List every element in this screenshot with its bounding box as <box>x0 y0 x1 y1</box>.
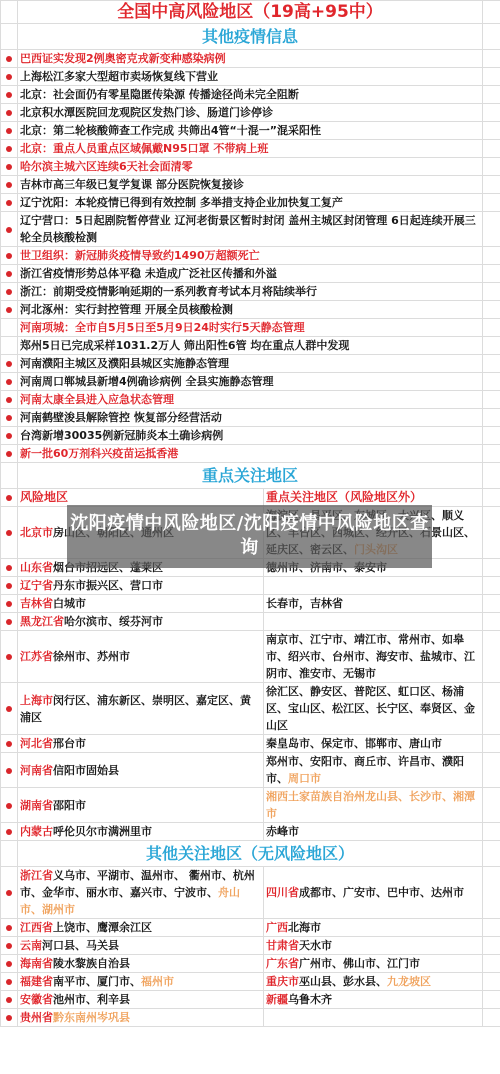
other-focus-right-cell: 新疆乌鲁木齐 <box>264 991 483 1009</box>
bullet-dot-icon <box>6 619 12 625</box>
news-text: 浙江省疫情形势总体平稳 未造成广泛社区传播和外溢 <box>18 265 483 283</box>
bullet-dot-icon <box>6 925 12 931</box>
news-text: 河南太康全县进入应急状态管理 <box>18 391 483 409</box>
bullet-cell <box>1 919 18 937</box>
other-focus-row: 云南河口县、马关县甘肃省天水市 <box>1 937 500 955</box>
empty-cell <box>483 158 500 176</box>
other-focus-right-cell <box>264 1009 483 1027</box>
section-heading-other-focus: 其他关注地区（无风险地区） <box>18 841 483 867</box>
empty-cell <box>483 735 500 753</box>
section-heading-focus-areas: 重点关注地区 <box>18 463 483 489</box>
news-row: 北京：第二轮核酸筛查工作完成 共筛出4管“十混一”混采阳性 <box>1 122 500 140</box>
bullet-dot-icon <box>6 146 12 152</box>
bullet-dot-icon <box>6 1015 12 1021</box>
news-text: 辽宁营口：5日起剧院暂停营业 辽河老街景区暂时封闭 盖州主城区封闭管理 6日起连… <box>18 212 483 247</box>
areas-highlight: 九龙坡区 <box>387 975 431 988</box>
empty-cell <box>1 319 18 337</box>
bullet-cell <box>1 735 18 753</box>
areas: 陵水黎族自治县 <box>53 957 130 970</box>
empty-cell <box>483 841 500 867</box>
empty-cell <box>483 68 500 86</box>
focus-areas: 赤峰市 <box>266 825 299 838</box>
empty-cell <box>483 140 500 158</box>
province-label: 江苏省 <box>20 650 53 663</box>
news-text: 河南项城：全市自5月5日至5月9日24时实行5天静态管理 <box>18 319 483 337</box>
risk-cell: 河南省信阳市固始县 <box>18 753 264 788</box>
news-text: 河南周口郸城县新增4例确诊病例 全县实施静态管理 <box>18 373 483 391</box>
bullet-dot-icon <box>6 706 12 712</box>
bullet-cell <box>1 247 18 265</box>
bullet-cell <box>1 265 18 283</box>
bullet-dot-icon <box>6 583 12 589</box>
news-row: 北京：社会面仍有零星隐匿传染源 传播途径尚未完全阻断 <box>1 86 500 104</box>
empty-cell <box>483 24 500 50</box>
column-header-risk: 风险地区 <box>18 489 264 507</box>
province-label: 河南省 <box>20 764 53 777</box>
focus-row: 上海市闵行区、浦东新区、崇明区、嘉定区、黄浦区徐汇区、静安区、普陀区、虹口区、杨… <box>1 683 500 735</box>
empty-cell <box>483 104 500 122</box>
news-row: 河南太康全县进入应急状态管理 <box>1 391 500 409</box>
news-row: 浙江：前期受疫情影响延期的一系列教育考试本月将陆续举行 <box>1 283 500 301</box>
bullet-cell <box>1 158 18 176</box>
empty-cell <box>483 955 500 973</box>
bullet-dot-icon <box>6 92 12 98</box>
empty-cell <box>483 283 500 301</box>
focus-row: 黑龙江省哈尔滨市、绥芬河市 <box>1 613 500 631</box>
province-label: 安徽省 <box>20 993 53 1006</box>
bullet-dot-icon <box>6 890 12 896</box>
bullet-dot-icon <box>6 253 12 259</box>
bullet-dot-icon <box>6 379 12 385</box>
bullet-dot-icon <box>6 565 12 571</box>
news-row: 北京积水潭医院回龙观院区发热门诊、肠道门诊停诊 <box>1 104 500 122</box>
empty-cell <box>483 337 500 355</box>
focus-cell <box>264 613 483 631</box>
bullet-cell <box>1 283 18 301</box>
focus-row: 河南省信阳市固始县郑州市、安阳市、商丘市、许昌市、濮阳市、周口市 <box>1 753 500 788</box>
news-row: 世卫组织：新冠肺炎疫情导致约1490万超额死亡 <box>1 247 500 265</box>
empty-cell <box>483 176 500 194</box>
province-label: 上海市 <box>20 694 53 707</box>
bullet-cell <box>1 194 18 212</box>
empty-cell <box>483 409 500 427</box>
province-label: 海南省 <box>20 957 53 970</box>
bullet-dot-icon <box>6 495 12 501</box>
bullet-cell <box>1 683 18 735</box>
province-label: 北京市 <box>20 526 53 539</box>
areas: 池州市、利辛县 <box>53 993 130 1006</box>
empty-cell <box>483 595 500 613</box>
news-text: 世卫组织：新冠肺炎疫情导致约1490万超额死亡 <box>18 247 483 265</box>
focus-row: 吉林省白城市长春市，吉林省 <box>1 595 500 613</box>
other-focus-row: 福建省南平市、厦门市、福州市重庆市巫山县、彭水县、九龙坡区 <box>1 973 500 991</box>
column-header-row: 风险地区重点关注地区（风险地区外） <box>1 489 500 507</box>
bullet-cell <box>1 823 18 841</box>
bullet-cell <box>1 788 18 823</box>
news-text: 河北涿州：实行封控管理 开展全员核酸检测 <box>18 301 483 319</box>
empty-cell <box>483 301 500 319</box>
bullet-cell <box>1 507 18 559</box>
bullet-cell <box>1 955 18 973</box>
empty-cell <box>483 1009 500 1027</box>
empty-cell <box>483 122 500 140</box>
news-row: 新一批60万剂科兴疫苗运抵香港 <box>1 445 500 463</box>
areas: 南平市、厦门市、 <box>53 975 141 988</box>
empty-cell <box>1 24 18 50</box>
province-label: 甘肃省 <box>266 939 299 952</box>
bullet-cell <box>1 86 18 104</box>
bullet-dot-icon <box>6 530 12 536</box>
risk-areas: 闵行区、浦东新区、崇明区、嘉定区、黄浦区 <box>20 694 251 724</box>
news-text: 郑州5日已完成采样1031.2万人 筛出阳性6管 均在重点人群中发现 <box>18 337 483 355</box>
news-text: 北京：重点人员重点区域佩戴N95口罩 不带病上班 <box>18 140 483 158</box>
news-row: 河南项城：全市自5月5日至5月9日24时实行5天静态管理 <box>1 319 500 337</box>
bullet-cell <box>1 68 18 86</box>
empty-cell <box>483 919 500 937</box>
province-label: 吉林省 <box>20 597 53 610</box>
other-focus-right-cell: 广西北海市 <box>264 919 483 937</box>
other-focus-row: 海南省陵水黎族自治县广东省广州市、佛山市、江门市 <box>1 955 500 973</box>
empty-cell <box>1 841 18 867</box>
bullet-dot-icon <box>6 451 12 457</box>
other-focus-right-cell: 甘肃省天水市 <box>264 937 483 955</box>
bullet-dot-icon <box>6 654 12 660</box>
empty-cell <box>483 355 500 373</box>
bullet-cell <box>1 489 18 507</box>
focus-areas: 徐汇区、静安区、普陀区、虹口区、杨浦区、宝山区、松江区、长宁区、奉贤区、金山区 <box>266 685 475 732</box>
other-focus-right-cell: 重庆市巫山县、彭水县、九龙坡区 <box>264 973 483 991</box>
risk-areas: 邢台市 <box>53 737 86 750</box>
news-row: 河北涿州：实行封控管理 开展全员核酸检测 <box>1 301 500 319</box>
risk-areas: 丹东市振兴区、营口市 <box>53 579 163 592</box>
bullet-cell <box>1 445 18 463</box>
bullet-dot-icon <box>6 415 12 421</box>
news-row: 河南濮阳主城区及濮阳县城区实施静态管理 <box>1 355 500 373</box>
column-header-focus: 重点关注地区（风险地区外） <box>264 489 483 507</box>
risk-cell: 河北省邢台市 <box>18 735 264 753</box>
province-label: 云南 <box>20 939 42 952</box>
province-label: 贵州省 <box>20 1011 53 1024</box>
other-focus-row: 贵州省黔东南州岑巩县 <box>1 1009 500 1027</box>
empty-cell <box>1 337 18 355</box>
bullet-cell <box>1 991 18 1009</box>
bullet-cell <box>1 595 18 613</box>
news-row: 巴西证实发现2例奥密克戎新变种感染病例 <box>1 50 500 68</box>
news-text: 北京：社会面仍有零星隐匿传染源 传播途径尚未完全阻断 <box>18 86 483 104</box>
focus-areas: 长春市，吉林省 <box>266 597 343 610</box>
empty-cell <box>483 577 500 595</box>
focus-areas: 秦皇岛市、保定市、邯郸市、唐山市 <box>266 737 442 750</box>
bullet-cell <box>1 140 18 158</box>
areas: 天水市 <box>299 939 332 952</box>
focus-cell: 长春市，吉林省 <box>264 595 483 613</box>
news-text: 上海松江多家大型超市卖场恢复线下营业 <box>18 68 483 86</box>
empty-cell <box>1 1 18 24</box>
bullet-cell <box>1 355 18 373</box>
bullet-dot-icon <box>6 943 12 949</box>
focus-row: 湖南省邵阳市湘西土家苗族自治州龙山县、长沙市、湘潭市 <box>1 788 500 823</box>
bullet-dot-icon <box>6 164 12 170</box>
empty-cell <box>483 489 500 507</box>
bullet-dot-icon <box>6 979 12 985</box>
empty-cell <box>483 683 500 735</box>
province-label: 山东省 <box>20 561 53 574</box>
areas: 乌鲁木齐 <box>288 993 332 1006</box>
province-label: 黑龙江省 <box>20 615 64 628</box>
news-text: 吉林市高三年级已复学复课 部分医院恢复接诊 <box>18 176 483 194</box>
bullet-cell <box>1 1009 18 1027</box>
bullet-dot-icon <box>6 768 12 774</box>
empty-cell <box>1 463 18 489</box>
focus-areas: 南京市、江宁市、靖江市、常州市、如皋市、绍兴市、台州市、海安市、盐城市、江阴市、… <box>266 633 475 680</box>
news-row: 河南鹤壁浚县解除管控 恢复部分经营活动 <box>1 409 500 427</box>
risk-areas: 白城市 <box>53 597 86 610</box>
risk-areas: 信阳市固始县 <box>53 764 119 777</box>
bullet-cell <box>1 50 18 68</box>
empty-cell <box>483 247 500 265</box>
news-row: 辽宁营口：5日起剧院暂停营业 辽河老街景区暂时封闭 盖州主城区封闭管理 6日起连… <box>1 212 500 247</box>
bullet-dot-icon <box>6 307 12 313</box>
bullet-cell <box>1 937 18 955</box>
news-row: 浙江省疫情形势总体平稳 未造成广泛社区传播和外溢 <box>1 265 500 283</box>
bullet-dot-icon <box>6 741 12 747</box>
empty-cell <box>483 991 500 1009</box>
empty-cell <box>483 86 500 104</box>
bullet-dot-icon <box>6 110 12 116</box>
bullet-dot-icon <box>6 829 12 835</box>
bullet-cell <box>1 176 18 194</box>
bullet-dot-icon <box>6 361 12 367</box>
other-focus-left-cell: 海南省陵水黎族自治县 <box>18 955 264 973</box>
focus-cell: 湘西土家苗族自治州龙山县、长沙市、湘潭市 <box>264 788 483 823</box>
bullet-dot-icon <box>6 289 12 295</box>
empty-cell <box>483 1 500 24</box>
section-heading-row: 其他关注地区（无风险地区） <box>1 841 500 867</box>
empty-cell <box>483 823 500 841</box>
risk-areas: 呼伦贝尔市满洲里市 <box>53 825 152 838</box>
news-row: 哈尔滨主城六区连续6天社会面清零 <box>1 158 500 176</box>
areas-highlight: 黔东南州岑巩县 <box>53 1011 130 1024</box>
empty-cell <box>483 973 500 991</box>
other-focus-right-cell: 四川省成都市、广安市、巴中市、达州市 <box>264 867 483 919</box>
empty-cell <box>483 463 500 489</box>
empty-cell <box>483 319 500 337</box>
other-focus-left-cell: 江西省上饶市、鹰潭余江区 <box>18 919 264 937</box>
empty-cell <box>483 631 500 683</box>
focus-areas-highlight: 湘西土家苗族自治州龙山县、长沙市、湘潭市 <box>266 790 475 820</box>
bullet-dot-icon <box>6 271 12 277</box>
risk-cell: 辽宁省丹东市振兴区、营口市 <box>18 577 264 595</box>
empty-cell <box>483 50 500 68</box>
news-text: 北京积水潭医院回龙观院区发热门诊、肠道门诊停诊 <box>18 104 483 122</box>
bullet-dot-icon <box>6 128 12 134</box>
bullet-dot-icon <box>6 433 12 439</box>
focus-row: 内蒙古呼伦贝尔市满洲里市赤峰市 <box>1 823 500 841</box>
news-text: 浙江：前期受疫情影响延期的一系列教育考试本月将陆续举行 <box>18 283 483 301</box>
province-label: 内蒙古 <box>20 825 53 838</box>
bullet-cell <box>1 973 18 991</box>
areas: 北海市 <box>288 921 321 934</box>
province-label: 广东省 <box>266 957 299 970</box>
empty-cell <box>483 373 500 391</box>
empty-cell <box>483 867 500 919</box>
empty-cell <box>483 613 500 631</box>
bullet-dot-icon <box>6 200 12 206</box>
bullet-cell <box>1 559 18 577</box>
news-row: 郑州5日已完成采样1031.2万人 筛出阳性6管 均在重点人群中发现 <box>1 337 500 355</box>
bullet-cell <box>1 753 18 788</box>
focus-row: 河北省邢台市秦皇岛市、保定市、邯郸市、唐山市 <box>1 735 500 753</box>
bullet-cell <box>1 867 18 919</box>
bullet-cell <box>1 631 18 683</box>
news-row: 上海松江多家大型超市卖场恢复线下营业 <box>1 68 500 86</box>
areas-highlight: 福州市 <box>141 975 174 988</box>
news-text: 河南濮阳主城区及濮阳县城区实施静态管理 <box>18 355 483 373</box>
bullet-dot-icon <box>6 397 12 403</box>
areas: 巫山县、彭水县、 <box>299 975 387 988</box>
bullet-dot-icon <box>6 56 12 62</box>
other-focus-left-cell: 安徽省池州市、利辛县 <box>18 991 264 1009</box>
bullet-dot-icon <box>6 997 12 1003</box>
news-text: 哈尔滨主城六区连续6天社会面清零 <box>18 158 483 176</box>
empty-cell <box>483 788 500 823</box>
bullet-dot-icon <box>6 227 12 233</box>
news-row: 河南周口郸城县新增4例确诊病例 全县实施静态管理 <box>1 373 500 391</box>
empty-cell <box>483 559 500 577</box>
bullet-cell <box>1 409 18 427</box>
bullet-cell <box>1 104 18 122</box>
focus-cell: 秦皇岛市、保定市、邯郸市、唐山市 <box>264 735 483 753</box>
province-label: 福建省 <box>20 975 53 988</box>
news-row: 台湾新增30035例新冠肺炎本土确诊病例 <box>1 427 500 445</box>
focus-row: 辽宁省丹东市振兴区、营口市 <box>1 577 500 595</box>
areas: 上饶市、鹰潭余江区 <box>53 921 152 934</box>
bullet-dot-icon <box>6 961 12 967</box>
section-heading-row: 重点关注地区 <box>1 463 500 489</box>
province-label: 四川省 <box>266 886 299 899</box>
news-text: 河南鹤壁浚县解除管控 恢复部分经营活动 <box>18 409 483 427</box>
title-overlay-banner: 沈阳疫情中风险地区/沈阳疫情中风险地区查询 <box>67 505 432 568</box>
risk-areas: 哈尔滨市、绥芬河市 <box>64 615 163 628</box>
other-focus-left-cell: 福建省南平市、厦门市、福州市 <box>18 973 264 991</box>
areas: 广州市、佛山市、江门市 <box>299 957 420 970</box>
bullet-cell <box>1 577 18 595</box>
empty-cell <box>483 445 500 463</box>
section-heading-other-info: 其他疫情信息 <box>18 24 483 50</box>
empty-cell <box>483 194 500 212</box>
bullet-cell <box>1 122 18 140</box>
news-text: 北京：第二轮核酸筛查工作完成 共筛出4管“十混一”混采阳性 <box>18 122 483 140</box>
bullet-cell <box>1 373 18 391</box>
bullet-dot-icon <box>6 74 12 80</box>
risk-cell: 黑龙江省哈尔滨市、绥芬河市 <box>18 613 264 631</box>
news-row: 辽宁沈阳：本轮疫情已得到有效控制 多举措支持企业加快复工复产 <box>1 194 500 212</box>
empty-cell <box>483 391 500 409</box>
empty-cell <box>483 427 500 445</box>
news-row: 北京：重点人员重点区域佩戴N95口罩 不带病上班 <box>1 140 500 158</box>
province-label: 浙江省 <box>20 869 53 882</box>
areas: 成都市、广安市、巴中市、达州市 <box>299 886 464 899</box>
news-text: 辽宁沈阳：本轮疫情已得到有效控制 多举措支持企业加快复工复产 <box>18 194 483 212</box>
province-label: 河北省 <box>20 737 53 750</box>
focus-cell: 郑州市、安阳市、商丘市、许昌市、濮阳市、周口市 <box>264 753 483 788</box>
empty-cell <box>483 937 500 955</box>
empty-cell <box>483 212 500 247</box>
page-title: 全国中高风险地区（19高+95中） <box>18 1 483 24</box>
empty-cell <box>483 507 500 559</box>
other-focus-left-cell: 浙江省义乌市、平湖市、温州市、 衢州市、杭州市、金华市、丽水市、嘉兴市、宁波市、… <box>18 867 264 919</box>
focus-cell: 南京市、江宁市、靖江市、常州市、如皋市、绍兴市、台州市、海安市、盐城市、江阴市、… <box>264 631 483 683</box>
focus-row: 江苏省徐州市、苏州市南京市、江宁市、靖江市、常州市、如皋市、绍兴市、台州市、海安… <box>1 631 500 683</box>
risk-cell: 内蒙古呼伦贝尔市满洲里市 <box>18 823 264 841</box>
bullet-cell <box>1 391 18 409</box>
risk-cell: 江苏省徐州市、苏州市 <box>18 631 264 683</box>
news-text: 新一批60万剂科兴疫苗运抵香港 <box>18 445 483 463</box>
news-text: 台湾新增30035例新冠肺炎本土确诊病例 <box>18 427 483 445</box>
empty-cell <box>483 265 500 283</box>
other-focus-right-cell: 广东省广州市、佛山市、江门市 <box>264 955 483 973</box>
bullet-dot-icon <box>6 803 12 809</box>
province-label: 江西省 <box>20 921 53 934</box>
other-focus-row: 江西省上饶市、鹰潭余江区广西北海市 <box>1 919 500 937</box>
bullet-dot-icon <box>6 182 12 188</box>
risk-cell: 上海市闵行区、浦东新区、崇明区、嘉定区、黄浦区 <box>18 683 264 735</box>
province-label: 重庆市 <box>266 975 299 988</box>
focus-areas-highlight: 周口市 <box>288 772 321 785</box>
risk-areas: 徐州市、苏州市 <box>53 650 130 663</box>
risk-cell: 吉林省白城市 <box>18 595 264 613</box>
province-label: 湖南省 <box>20 799 53 812</box>
news-text: 巴西证实发现2例奥密克戎新变种感染病例 <box>18 50 483 68</box>
bullet-cell <box>1 427 18 445</box>
bullet-cell <box>1 301 18 319</box>
bullet-cell <box>1 212 18 247</box>
focus-cell: 赤峰市 <box>264 823 483 841</box>
news-row: 吉林市高三年级已复学复课 部分医院恢复接诊 <box>1 176 500 194</box>
areas: 河口县、马关县 <box>42 939 119 952</box>
province-label: 新疆 <box>266 993 288 1006</box>
bullet-dot-icon <box>6 601 12 607</box>
other-focus-row: 安徽省池州市、利辛县新疆乌鲁木齐 <box>1 991 500 1009</box>
focus-cell: 徐汇区、静安区、普陀区、虹口区、杨浦区、宝山区、松江区、长宁区、奉贤区、金山区 <box>264 683 483 735</box>
other-focus-row: 浙江省义乌市、平湖市、温州市、 衢州市、杭州市、金华市、丽水市、嘉兴市、宁波市、… <box>1 867 500 919</box>
other-focus-left-cell: 贵州省黔东南州岑巩县 <box>18 1009 264 1027</box>
risk-cell: 湖南省邵阳市 <box>18 788 264 823</box>
province-label: 辽宁省 <box>20 579 53 592</box>
bullet-cell <box>1 613 18 631</box>
empty-cell <box>483 753 500 788</box>
risk-areas: 邵阳市 <box>53 799 86 812</box>
focus-cell <box>264 577 483 595</box>
province-label: 广西 <box>266 921 288 934</box>
other-focus-left-cell: 云南河口县、马关县 <box>18 937 264 955</box>
